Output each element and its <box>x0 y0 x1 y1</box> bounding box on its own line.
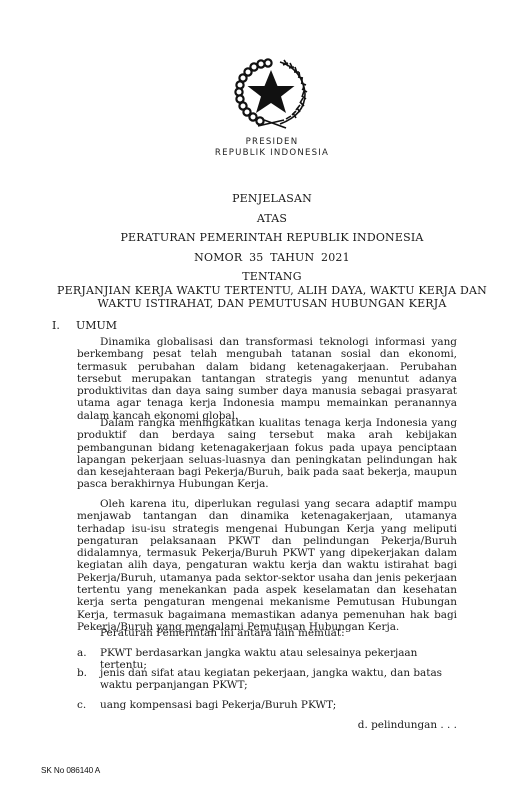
paragraph: Oleh karena itu, diperlukan regulasi yan… <box>77 498 457 633</box>
list-item-label: b. <box>77 667 87 679</box>
document-page: PRESIDEN REPUBLIK INDONESIA PENJELASAN A… <box>0 0 518 800</box>
paragraph: Peraturan Pemerintah ini antara lain mem… <box>77 627 457 639</box>
garuda-star-wreath-emblem-icon <box>228 54 316 134</box>
doc-title-penjelasan: PENJELASAN <box>0 192 518 205</box>
paragraph: Dinamika globalisasi dan transformasi te… <box>77 336 457 422</box>
doc-title-regulation: PERATURAN PEMERINTAH REPUBLIK INDONESIA <box>0 231 518 244</box>
doc-title-subject: PERJANJIAN KERJA WAKTU TERTENTU, ALIH DA… <box>0 284 518 310</box>
doc-title-subject-line1: PERJANJIAN KERJA WAKTU TERTENTU, ALIH DA… <box>0 284 518 297</box>
paragraph: Dalam rangka meningkatkan kualitas tenag… <box>77 417 457 491</box>
paragraph-text: Dalam rangka meningkatkan kualitas tenag… <box>77 417 457 491</box>
doc-title-atas: ATAS <box>0 212 518 225</box>
paragraph-text: Dinamika globalisasi dan transformasi te… <box>77 336 457 422</box>
list-item: b.jenis dan sifat atau kegiatan pekerjaa… <box>77 667 457 692</box>
paragraph-text: Oleh karena itu, diperlukan regulasi yan… <box>77 498 457 633</box>
section-heading: I.UMUM <box>52 319 117 332</box>
list-item-label: c. <box>77 699 86 711</box>
list-item-text: uang kompensasi bagi Pekerja/Buruh PKWT; <box>100 699 336 711</box>
letterhead-republic: REPUBLIK INDONESIA <box>0 148 518 158</box>
page-continuation: d. pelindungan . . . <box>358 719 457 731</box>
serial-number: SK No 086140 A <box>41 766 100 775</box>
doc-title-tentang: TENTANG <box>0 270 518 283</box>
list-item-label: a. <box>77 647 87 659</box>
doc-title-subject-line2: WAKTU ISTIRAHAT, DAN PEMUTUSAN HUBUNGAN … <box>0 297 518 310</box>
letterhead-president: PRESIDEN <box>0 137 518 147</box>
section-number: I. <box>52 319 76 332</box>
doc-title-number: NOMOR 35 TAHUN 2021 <box>0 251 518 264</box>
paragraph-text: Peraturan Pemerintah ini antara lain mem… <box>77 627 457 639</box>
list-item-text: jenis dan sifat atau kegiatan pekerjaan,… <box>100 667 442 691</box>
section-title: UMUM <box>76 319 117 332</box>
list-item: c.uang kompensasi bagi Pekerja/Buruh PKW… <box>77 699 457 711</box>
